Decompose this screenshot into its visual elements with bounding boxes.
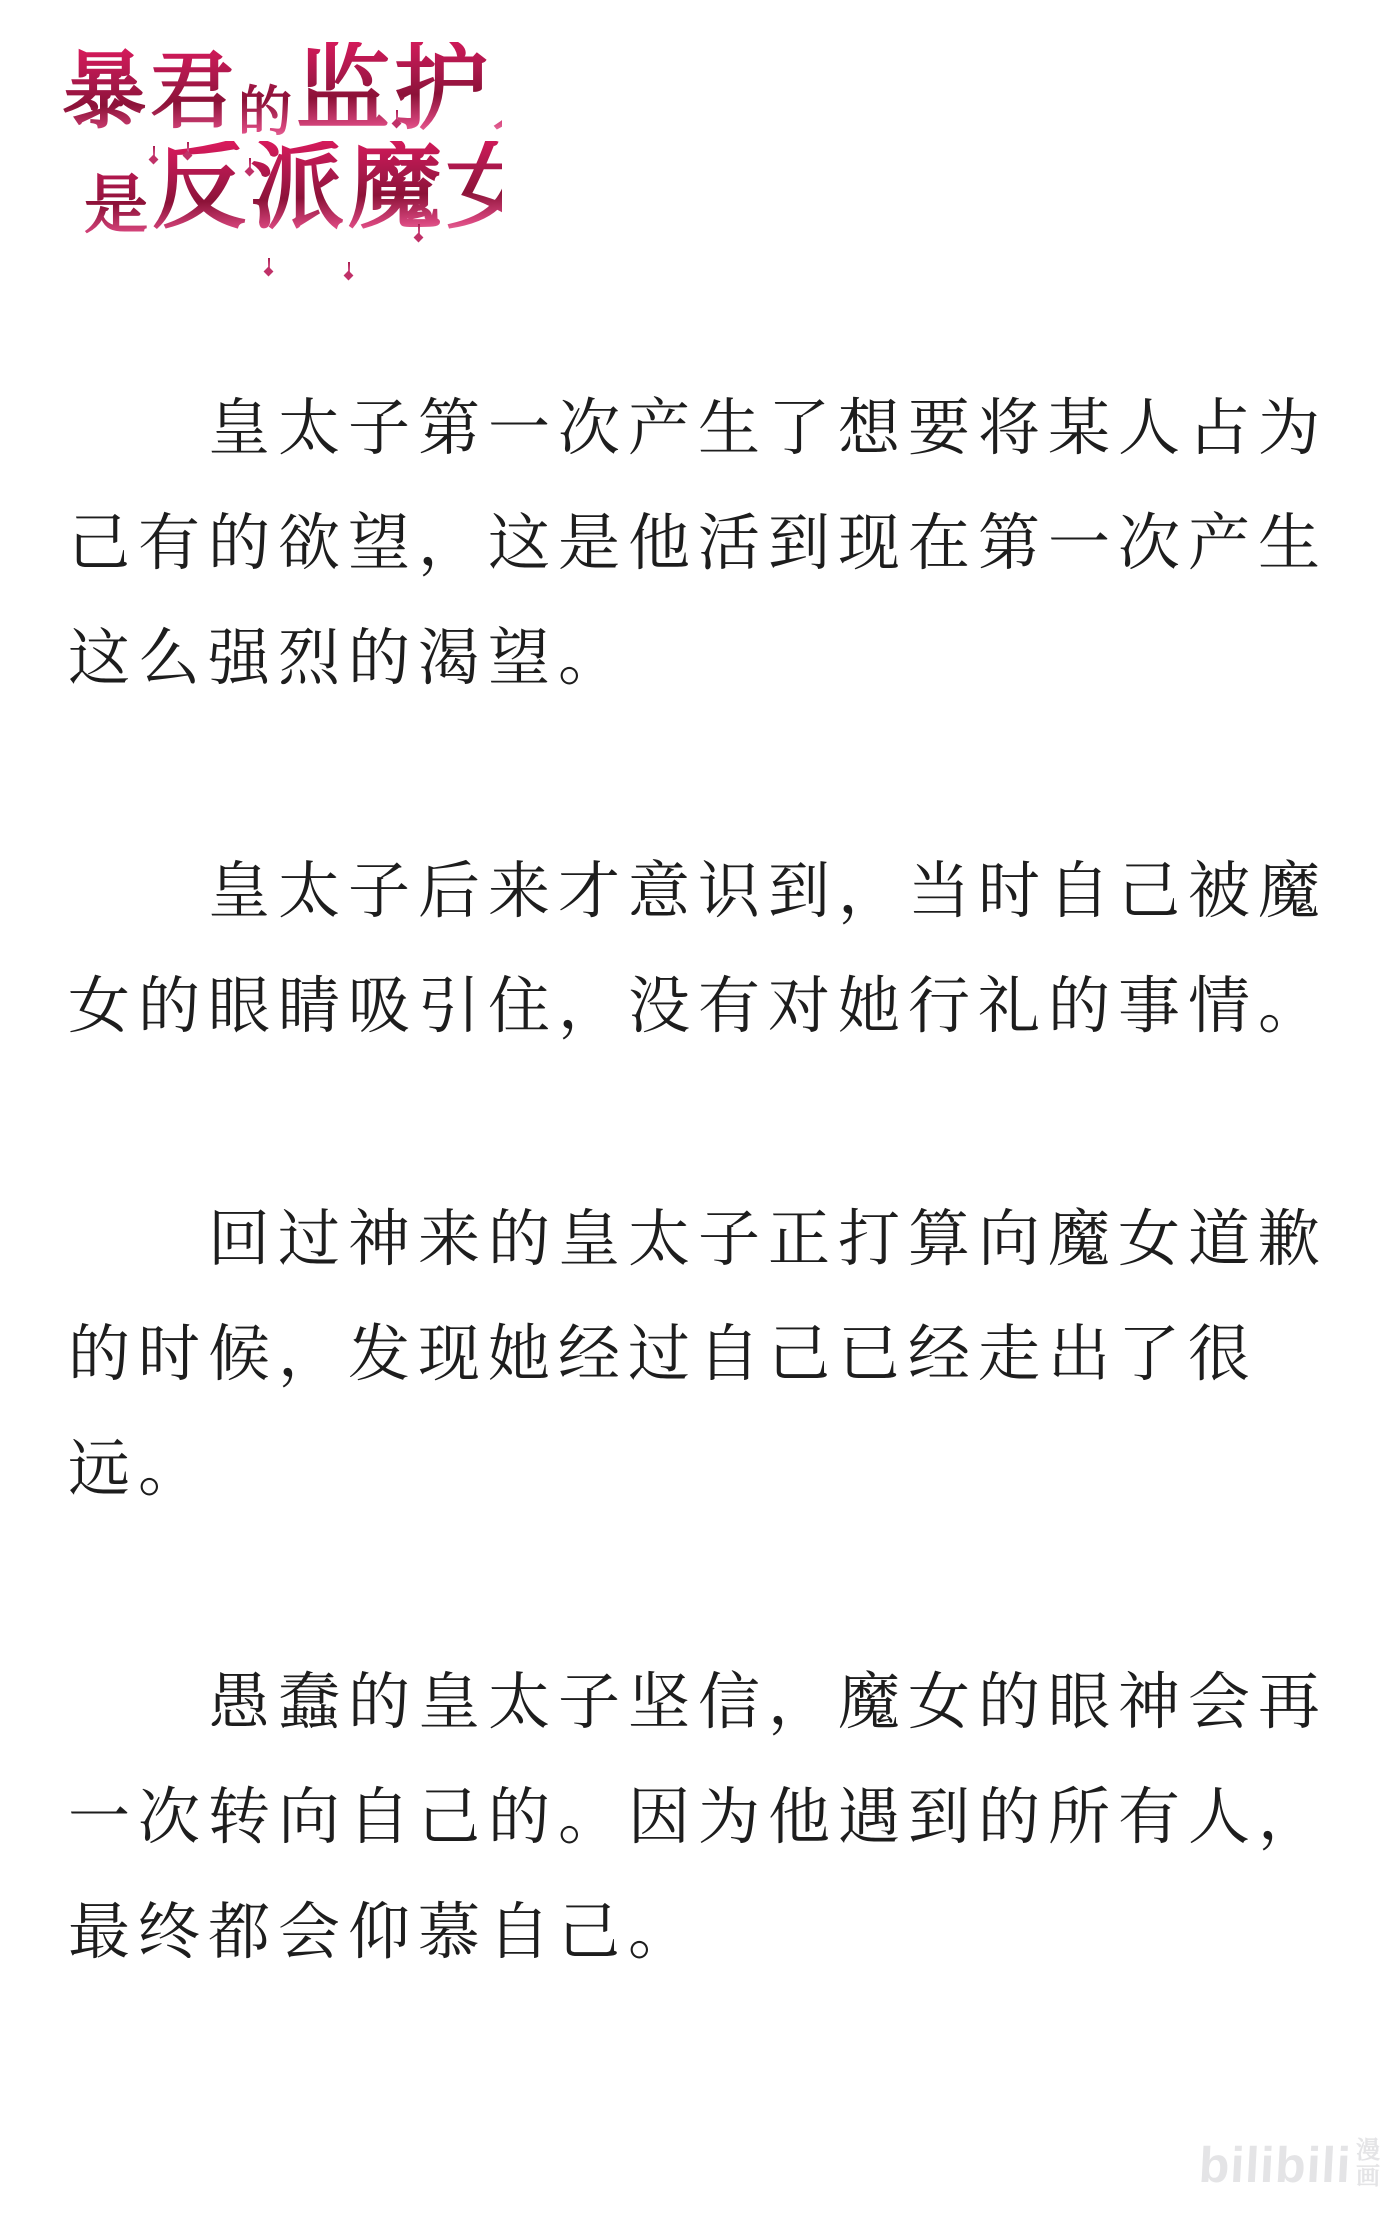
text-line: 这么强烈的渴望。 <box>68 601 1353 716</box>
watermark-char-man: 漫 <box>1356 2138 1380 2164</box>
logo-text-villain-witch: 反派魔女 <box>152 141 544 235</box>
logo-sparkle-ornament <box>396 110 398 122</box>
logo-sparkle-ornament <box>348 262 350 274</box>
watermark-manhua-label: 漫 画 <box>1356 2138 1380 2190</box>
logo-text-guardian: 监护人 <box>296 42 590 136</box>
logo-line-1: 暴君的监护人 <box>62 42 502 139</box>
logo-sparkle-ornament <box>153 146 155 158</box>
comic-text-page: 暴君的监护人 是反派魔女 皇太子第一次产生了想要将某人占为 己有的欲望，这是他活… <box>0 0 1400 2214</box>
paragraph: 愚蠢的皇太子坚信，魔女的眼神会再 一次转向自己的。因为他遇到的所有人， 最终都会… <box>68 1645 1353 1990</box>
paragraph: 皇太子后来才意识到，当时自己被魔 女的眼睛吸引住，没有对她行礼的事情。 <box>68 834 1353 1064</box>
logo-text-tyrant: 暴君 <box>62 51 238 135</box>
text-line: 远。 <box>68 1412 1353 1527</box>
text-line: 最终都会仰慕自己。 <box>68 1875 1353 1990</box>
logo-sparkle-ornament <box>418 224 420 236</box>
series-logo: 暴君的监护人 是反派魔女 <box>62 42 502 238</box>
logo-sparkle-ornament <box>268 258 270 270</box>
text-line: 己有的欲望，这是他活到现在第一次产生 <box>68 486 1353 601</box>
paragraph: 皇太子第一次产生了想要将某人占为 己有的欲望，这是他活到现在第一次产生 这么强烈… <box>68 371 1353 716</box>
text-line: 女的眼睛吸引住，没有对她行礼的事情。 <box>68 949 1353 1064</box>
paragraph: 回过神来的皇太子正打算向魔女道歉 的时候，发现她经过自己已经走出了很 远。 <box>68 1182 1353 1527</box>
logo-line-2: 是反派魔女 <box>84 141 502 238</box>
text-line: 回过神来的皇太子正打算向魔女道歉 <box>68 1182 1353 1297</box>
text-line: 皇太子后来才意识到，当时自己被魔 <box>68 834 1353 949</box>
text-line: 愚蠢的皇太子坚信，魔女的眼神会再 <box>68 1645 1353 1760</box>
logo-text-is: 是 <box>84 174 152 238</box>
text-line: 的时候，发现她经过自己已经走出了很 <box>68 1297 1353 1412</box>
logo-sparkle-ornament <box>187 142 189 154</box>
bilibili-watermark: bilibili 漫 画 <box>1199 2138 1380 2190</box>
logo-text-de: 的 <box>238 85 296 139</box>
text-line: 一次转向自己的。因为他遇到的所有人， <box>68 1760 1353 1875</box>
bilibili-logotype: bilibili <box>1197 2140 1352 2190</box>
text-line: 皇太子第一次产生了想要将某人占为 <box>68 371 1353 486</box>
watermark-char-hua: 画 <box>1356 2164 1380 2190</box>
logo-sparkle-ornament <box>249 158 251 170</box>
story-text: 皇太子第一次产生了想要将某人占为 己有的欲望，这是他活到现在第一次产生 这么强烈… <box>68 371 1353 1990</box>
